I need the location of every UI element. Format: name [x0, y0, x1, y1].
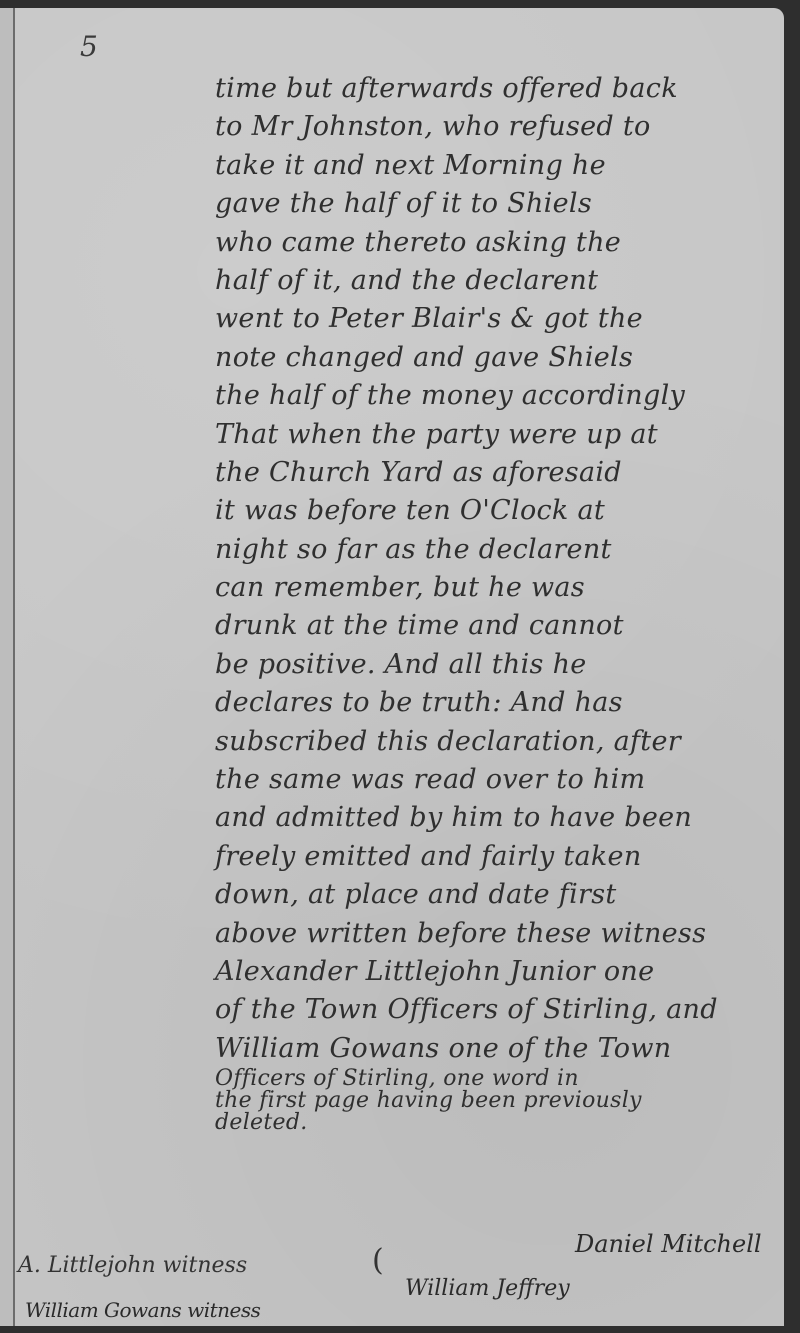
clerk-signature: William Jeffrey: [405, 1276, 570, 1301]
text-line: Alexander Littlejohn Junior one: [215, 953, 775, 991]
text-line: the half of the money accordingly: [215, 377, 775, 415]
page-left-edge: [0, 8, 13, 1326]
declarant-signature: Daniel Mitchell: [575, 1230, 762, 1258]
text-line: drunk at the time and cannot: [215, 607, 775, 645]
handwritten-body: time but afterwards offered back to Mr J…: [215, 70, 775, 1134]
text-line: down, at place and date first: [215, 876, 775, 914]
text-line: note changed and gave Shiels: [215, 339, 775, 377]
text-line: who came thereto asking the: [215, 224, 775, 262]
text-line: to Mr Johnston, who refused to: [215, 108, 775, 146]
text-line: be positive. And all this he: [215, 646, 775, 684]
witness-signature-1: A. Littlejohn witness: [18, 1253, 247, 1278]
text-line: William Gowans one of the Town: [215, 1030, 775, 1068]
text-line: gave the half of it to Shiels: [215, 185, 775, 223]
text-line: Officers of Stirling, one word in: [215, 1068, 775, 1090]
text-line: half of it, and the declarent: [215, 262, 775, 300]
text-line: deleted.: [215, 1112, 775, 1134]
text-line: take it and next Morning he: [215, 147, 775, 185]
page-number: 5: [80, 30, 98, 63]
text-line: of the Town Officers of Stirling, and: [215, 991, 775, 1029]
text-line: declares to be truth: And has: [215, 684, 775, 722]
signature-bracket: (: [372, 1243, 384, 1278]
text-line: it was before ten O'Clock at: [215, 492, 775, 530]
text-line: the first page having been previously: [215, 1090, 775, 1112]
text-line: time but afterwards offered back: [215, 70, 775, 108]
text-line: subscribed this declaration, after: [215, 723, 775, 761]
text-line: freely emitted and fairly taken: [215, 838, 775, 876]
margin-rule: [13, 8, 15, 1326]
document-page: 5 time but afterwards offered back to Mr…: [0, 8, 784, 1326]
text-line: above written before these witness: [215, 915, 775, 953]
text-line: the same was read over to him: [215, 761, 775, 799]
text-line: can remember, but he was: [215, 569, 775, 607]
text-line: That when the party were up at: [215, 416, 775, 454]
text-line: night so far as the declarent: [215, 531, 775, 569]
text-line: the Church Yard as aforesaid: [215, 454, 775, 492]
text-line: and admitted by him to have been: [215, 799, 775, 837]
witness-signature-2: William Gowans witness: [25, 1298, 260, 1322]
text-line: went to Peter Blair's & got the: [215, 300, 775, 338]
